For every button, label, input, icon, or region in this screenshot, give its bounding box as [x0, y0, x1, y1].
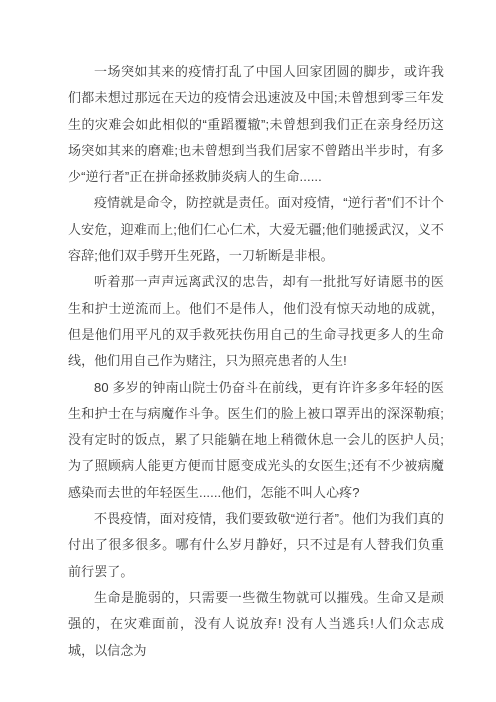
paragraph-6: 生命是脆弱的，只需要一些微生物就可以摧残。生命又是顽强的，在灾难面前，没有人说放…	[68, 585, 444, 664]
paragraph-4: 80 多岁的钟南山院士仍奋斗在前线，更有许许多多年轻的医生和护士在与病魔作斗争。…	[68, 375, 444, 506]
paragraph-1: 一场突如其来的疫情打乱了中国人回家团圆的脚步，或许我们都未想过那远在天边的疫情会…	[68, 59, 444, 190]
paragraph-3: 听着那一声声远离武汉的忠告，却有一批批写好请愿书的医生和护士逆流而上。他们不是伟…	[68, 269, 444, 374]
document-text-block: 一场突如其来的疫情打乱了中国人回家团圆的脚步，或许我们都未想过那远在天边的疫情会…	[68, 59, 444, 664]
document-page: 一场突如其来的疫情打乱了中国人回家团圆的脚步，或许我们都未想过那远在天边的疫情会…	[0, 0, 496, 702]
paragraph-2: 疫情就是命令，防控就是责任。面对疫情，“逆行者”们不计个人安危，迎难而上;他们仁…	[68, 190, 444, 269]
paragraph-5: 不畏疫情，面对疫情，我们要致敬“逆行者”。他们为我们真的付出了很多很多。哪有什么…	[68, 506, 444, 585]
